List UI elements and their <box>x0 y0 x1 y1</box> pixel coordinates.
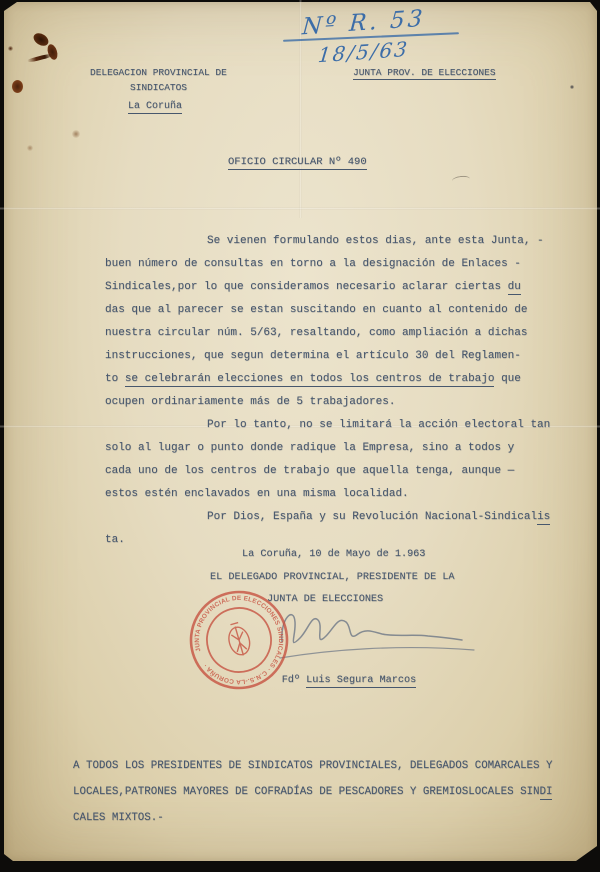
signature-scrawl <box>278 598 478 668</box>
typed-segment: Por lo tanto, no se limitará la acción e… <box>207 419 550 431</box>
typed-line: das que al parecer se estan suscitando e… <box>105 299 545 322</box>
letterhead-right-text: JUNTA PROV. DE ELECCIONES <box>353 67 496 80</box>
typed-line: Por lo tanto, no se limitará la acción e… <box>105 414 545 437</box>
typed-line: A TODOS LOS PRESIDENTES DE SINDICATOS PR… <box>73 753 573 779</box>
typed-line: Por Dios, España y su Revolución Naciona… <box>105 506 545 529</box>
letterhead-left-line1: DELEGACION PROVINCIAL DE <box>90 67 227 78</box>
typed-segment: solo al lugar o punto donde radique la E… <box>105 442 514 454</box>
typed-line: to se celebrarán elecciones en todos los… <box>105 368 545 391</box>
typed-segment: buen número de consultas en torno a la d… <box>105 258 521 270</box>
typed-underlined-segment: du <box>508 281 521 295</box>
typed-layer: DELEGACION PROVINCIAL DE SINDICATOS La C… <box>0 0 600 872</box>
distribution-text: A TODOS LOS PRESIDENTES DE SINDICATOS PR… <box>73 753 573 831</box>
typed-underlined-segment: is <box>537 511 550 525</box>
typed-line: ocupen ordinariamente más de 5 trabajado… <box>105 391 545 414</box>
typed-segment: das que al parecer se estan suscitando e… <box>105 304 527 316</box>
typed-line: cada uno de los centros de trabajo que a… <box>105 460 545 483</box>
body-text: Se vienen formulando estos dias, ante es… <box>105 230 545 552</box>
typed-segment: ta. <box>105 534 125 546</box>
typed-line: estos estén enclavados en una misma loca… <box>105 483 545 506</box>
typed-underlined-segment: DI <box>540 786 553 800</box>
place-date-line: La Coruña, 10 de Mayo de 1.963 <box>242 549 425 560</box>
typed-segment: nuestra circular núm. 5/63, resaltando, … <box>105 327 527 339</box>
typed-segment: Por Dios, España y su Revolución Naciona… <box>207 511 537 523</box>
letterhead-city: La Coruña <box>128 101 182 112</box>
typed-underlined-segment: se celebrarán elecciones en todos los ce… <box>125 373 495 387</box>
typed-segment: ocupen ordinariamente más de 5 trabajado… <box>105 396 395 408</box>
typed-line: instrucciones, que segun determina el ar… <box>105 345 545 368</box>
typed-segment: que <box>494 373 520 385</box>
signed-name: Luis Segura Marcos <box>306 675 416 688</box>
typed-segment: instrucciones, que segun determina el ar… <box>105 350 521 362</box>
typed-segment: cada uno de los centros de trabajo que a… <box>105 465 514 477</box>
typed-segment: Se vienen formulando estos dias, ante es… <box>207 235 544 247</box>
typed-line: Sindicales,por lo que consideramos neces… <box>105 276 545 299</box>
stamp-emblem-icon <box>225 621 253 658</box>
scanned-document: Nº R. 53 18/5/63 DELEGACION PROVINCIAL D… <box>0 0 600 872</box>
document-title: OFICIO CIRCULAR Nº 490 <box>228 156 367 168</box>
typed-segment: estos estén enclavados en una misma loca… <box>105 488 409 500</box>
typed-segment: LOCALES,PATRONES MAYORES DE COFRADÍAS DE… <box>73 786 540 798</box>
letterhead-left-line2: SINDICATOS <box>130 82 187 93</box>
letterhead-city-text: La Coruña <box>128 101 182 114</box>
typed-line: CALES MIXTOS.- <box>73 805 573 831</box>
signer-title-line1: EL DELEGADO PROVINCIAL, PRESIDENTE DE LA <box>210 572 455 583</box>
typed-segment: to <box>105 373 125 385</box>
typed-line: LOCALES,PATRONES MAYORES DE COFRADÍAS DE… <box>73 779 573 805</box>
typed-line: nuestra circular núm. 5/63, resaltando, … <box>105 322 545 345</box>
letterhead-right: JUNTA PROV. DE ELECCIONES <box>353 67 496 78</box>
typed-line: buen número de consultas en torno a la d… <box>105 253 545 276</box>
typed-segment: Sindicales,por lo que consideramos neces… <box>105 281 508 293</box>
document-title-text: OFICIO CIRCULAR Nº 490 <box>228 156 367 170</box>
typed-line: solo al lugar o punto donde radique la E… <box>105 437 545 460</box>
typed-segment: CALES MIXTOS.- <box>73 812 164 824</box>
typed-segment: A TODOS LOS PRESIDENTES DE SINDICATOS PR… <box>73 760 552 772</box>
typed-line: Se vienen formulando estos dias, ante es… <box>105 230 545 253</box>
